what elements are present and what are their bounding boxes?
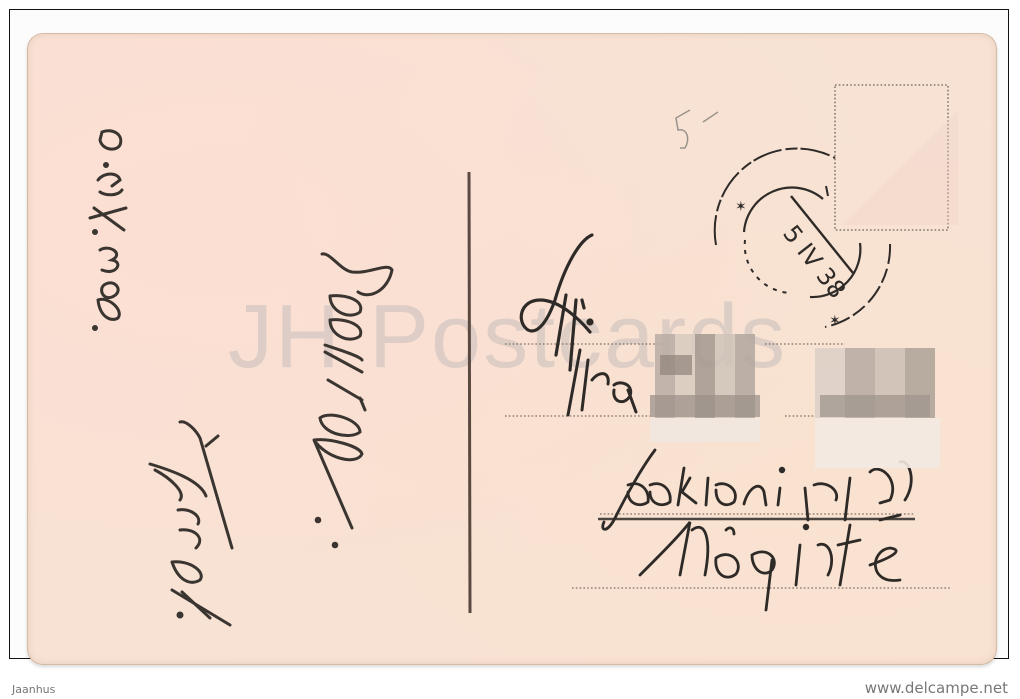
- svg-text:✶: ✶: [829, 313, 841, 329]
- handwriting-signature: [150, 422, 232, 625]
- divider-line: [469, 172, 470, 613]
- postmark-date: 5 IV 38: [777, 220, 851, 304]
- handwriting-city: [640, 515, 900, 610]
- svg-text:✶: ✶: [735, 199, 747, 215]
- postmark: 5 IV 38 ✶ ✶: [715, 149, 890, 329]
- handwriting-address-prefix: [568, 350, 636, 415]
- credit-uploader: Jaanhus: [12, 683, 55, 696]
- handwriting-date: [90, 131, 126, 330]
- credit-site-link[interactable]: www.delcampe.net: [865, 679, 1008, 697]
- pencil-mark: [676, 110, 718, 148]
- handwriting-greeting: [314, 254, 392, 547]
